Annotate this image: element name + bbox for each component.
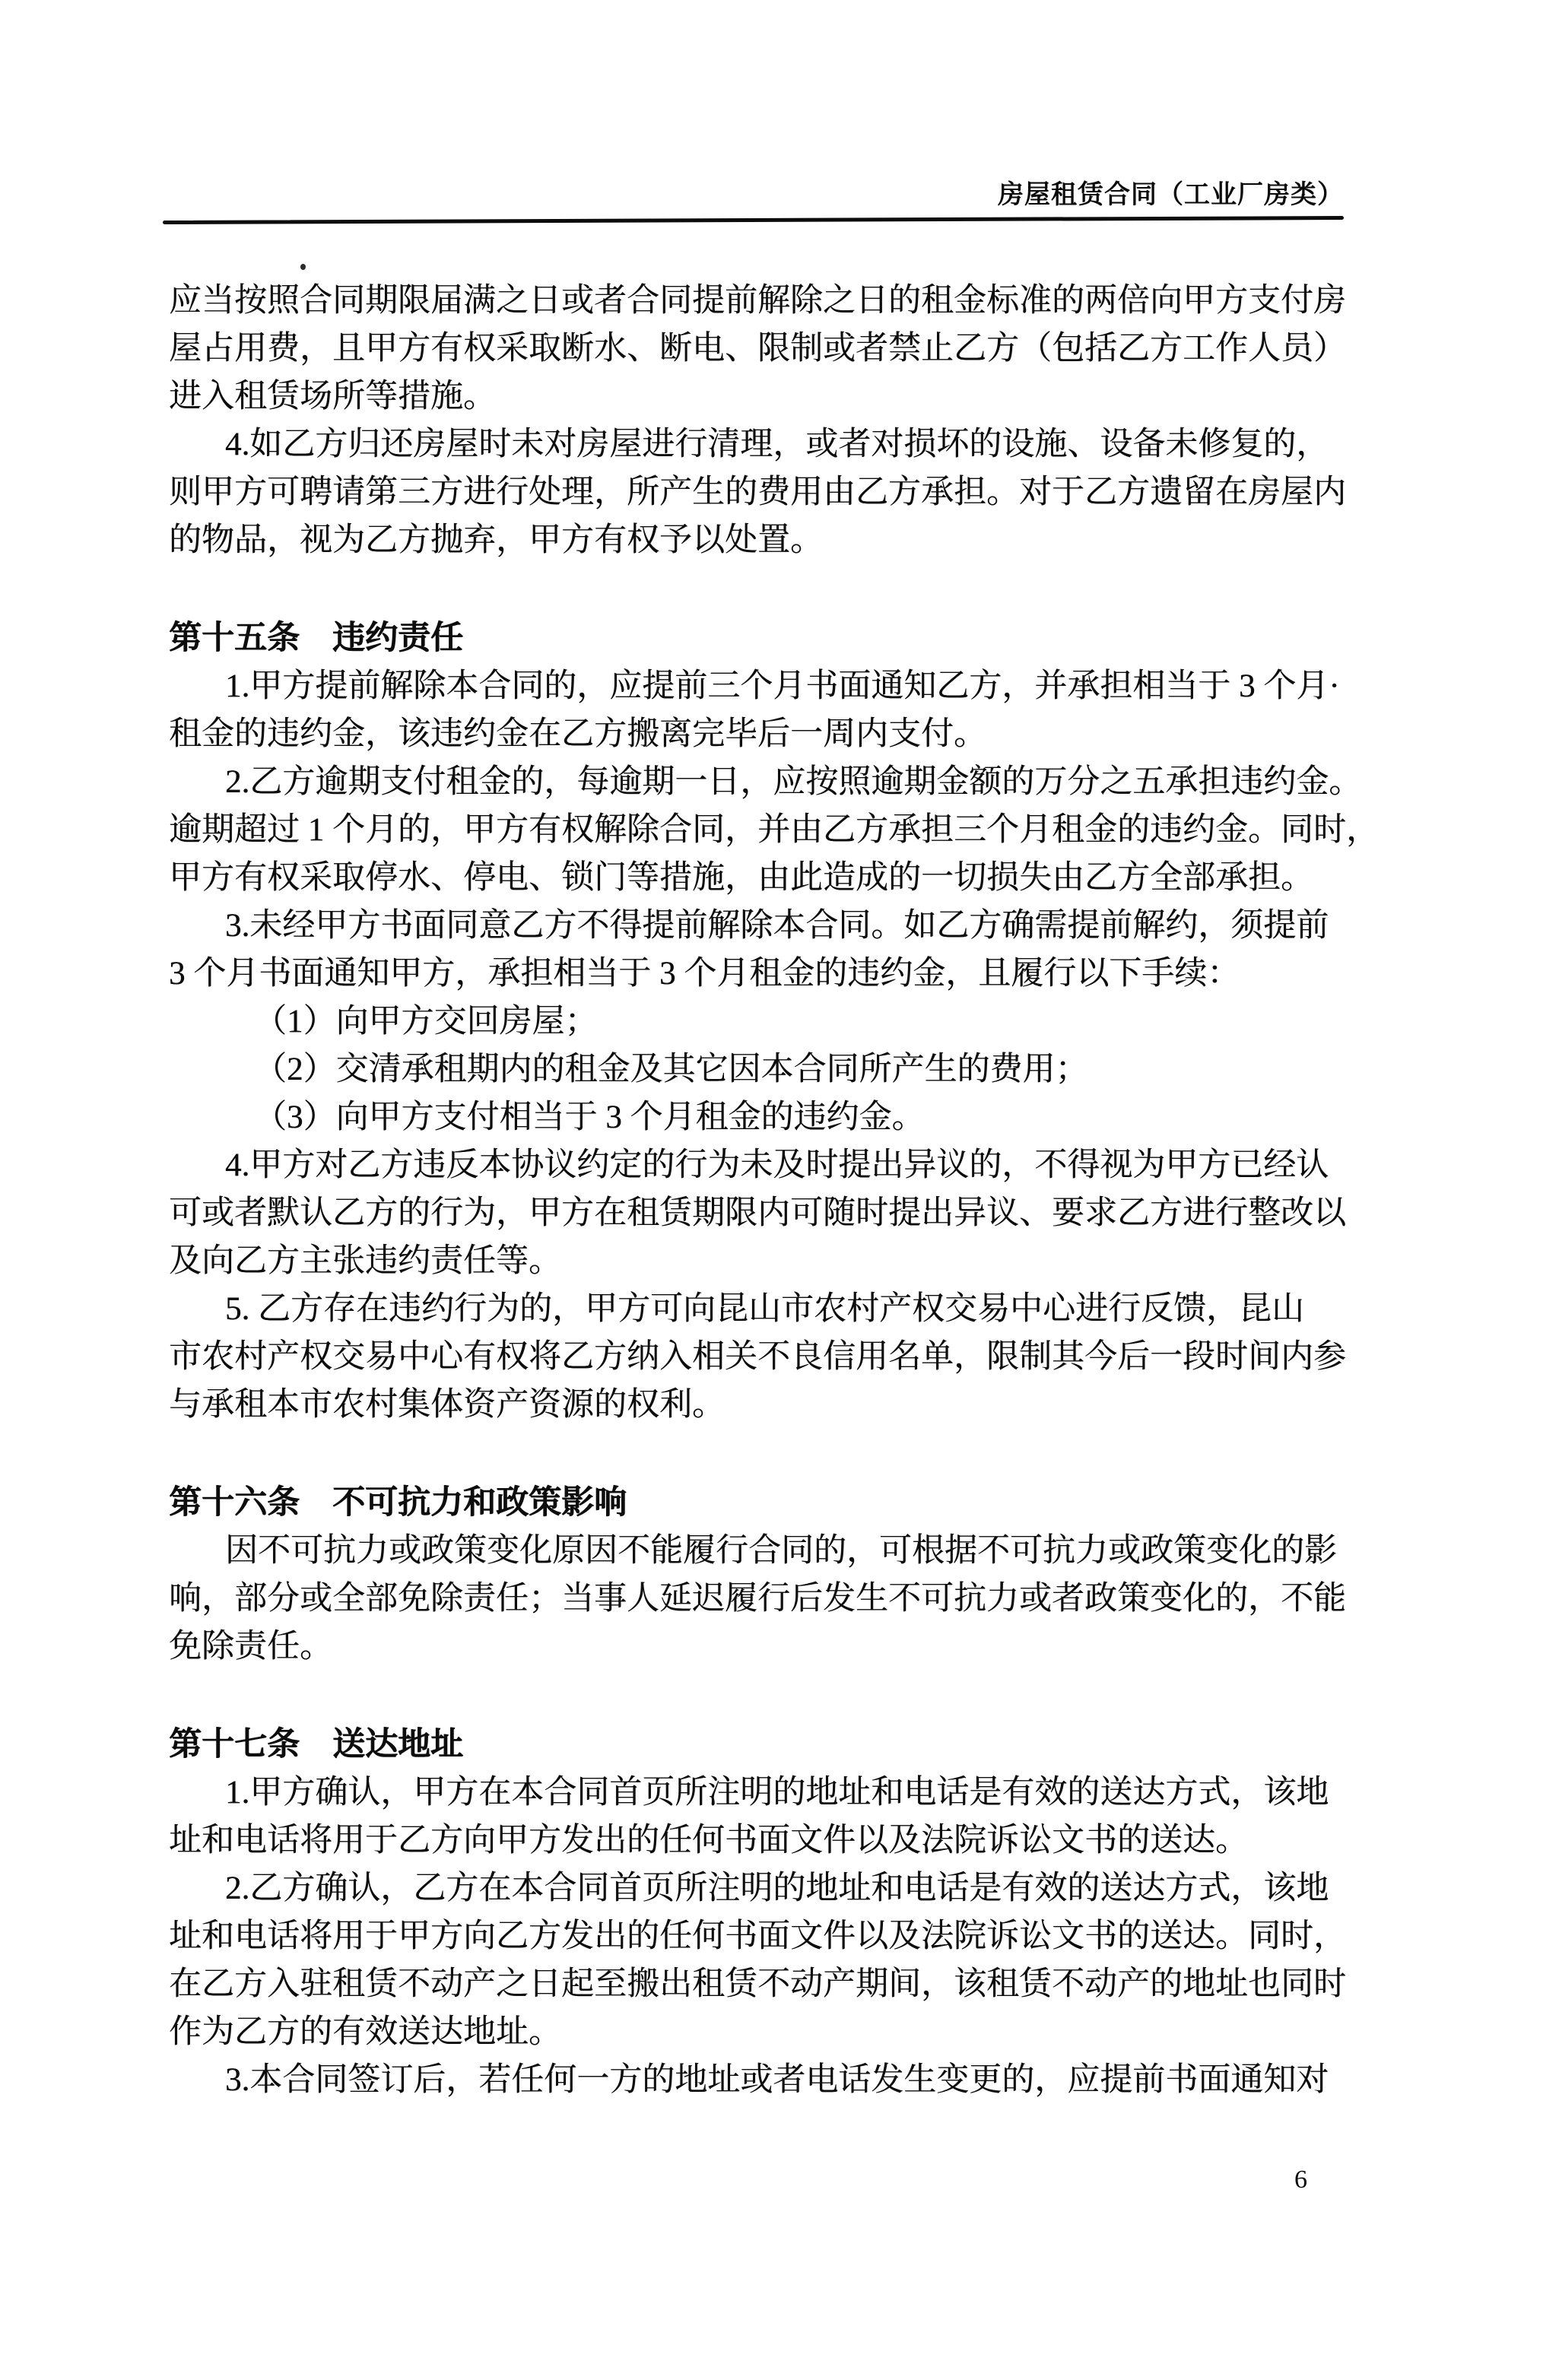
a17-item2-line-4: 作为乙方的有效送达地址。 xyxy=(169,2008,1344,2056)
article15-heading: 第十五条 违约责任 xyxy=(169,614,1344,662)
scan-artifact-dot xyxy=(300,264,306,270)
a17-item2-line-1: 2.乙方确认，乙方在本合同首页所注明的地址和电话是有效的送达方式，该地 xyxy=(169,1864,1344,1912)
a15-item2-line-2: 逾期超过 1 个月的，甲方有权解除合同，并由乙方承担三个月租金的违约金。同时， xyxy=(169,806,1344,854)
a15-item3-line-2: 3 个月书面通知甲方，承担相当于 3 个月租金的违约金，且履行以下手续： xyxy=(169,950,1344,998)
a15-item4-line-1: 4.甲方对乙方违反本协议约定的行为未及时提出异议的，不得视为甲方已经认 xyxy=(169,1141,1344,1189)
a15-item2-line-3: 甲方有权采取停水、停电、锁门等措施，由此造成的一切损失由乙方全部承担。 xyxy=(169,854,1344,902)
article17-heading: 第十七条 送达地址 xyxy=(169,1721,1344,1769)
a17-item3-line-1: 3.本合同签订后，若任何一方的地址或者电话发生变更的，应提前书面通知对 xyxy=(169,2056,1344,2104)
a15-item5-line-2: 市农村产权交易中心有权将乙方纳入相关不良信用名单，限制其今后一段时间内参 xyxy=(169,1333,1344,1381)
a15-item2-line-1: 2.乙方逾期支付租金的，每逾期一日，应按照逾期金额的万分之五承担违约金。 xyxy=(169,758,1344,806)
a15-item4-line-3: 及向乙方主张违约责任等。 xyxy=(169,1237,1344,1285)
a15-item4-line-2: 可或者默认乙方的行为，甲方在租赁期限内可随时提出异议、要求乙方进行整改以 xyxy=(169,1189,1344,1237)
prev-item4-line-2: 则甲方可聘请第三方进行处理，所产生的费用由乙方承担。对于乙方遗留在房屋内 xyxy=(169,468,1344,516)
intro-line-2: 屋占用费，且甲方有权采取断水、断电、限制或者禁止乙方（包括乙方工作人员） xyxy=(169,325,1344,373)
contract-scan-page: 房屋租赁合同（工业厂房类） 应当按照合同期限届满之日或者合同提前解除之日的租金标… xyxy=(0,0,1559,2380)
page-header-title: 房屋租赁合同（工业厂房类） xyxy=(169,173,1344,211)
a16-para-line-1: 因不可抗力或政策变化原因不能履行合同的，可根据不可抗力或政策变化的影 xyxy=(169,1527,1344,1575)
document-body: 应当按照合同期限届满之日或者合同提前解除之日的租金标准的两倍向甲方支付房 屋占用… xyxy=(169,277,1344,2104)
a16-para-line-3: 免除责任。 xyxy=(169,1623,1344,1671)
article16-heading: 第十六条 不可抗力和政策影响 xyxy=(169,1479,1344,1527)
a15-item1-line-1: 1.甲方提前解除本合同的，应提前三个月书面通知乙方，并承担相当于 3 个月· xyxy=(169,662,1344,710)
a17-item1-line-2: 址和电话将用于乙方向甲方发出的任何书面文件以及法院诉讼文书的送达。 xyxy=(169,1817,1344,1864)
a17-item1-line-1: 1.甲方确认，甲方在本合同首页所注明的地址和电话是有效的送达方式，该地 xyxy=(169,1769,1344,1817)
a15-item3-sub-3: （3）向甲方支付相当于 3 个月租金的违约金。 xyxy=(169,1093,1344,1141)
prev-item4-line-3: 的物品，视为乙方抛弃，甲方有权予以处置。 xyxy=(169,516,1344,564)
a15-item5-line-1: 5. 乙方存在违约行为的，甲方可向昆山市农村产权交易中心进行反馈，昆山 xyxy=(169,1285,1344,1333)
page-number: 6 xyxy=(1294,2166,1307,2194)
intro-line-1: 应当按照合同期限届满之日或者合同提前解除之日的租金标准的两倍向甲方支付房 xyxy=(169,277,1344,325)
a15-item3-sub-1: （1）向甲方交回房屋； xyxy=(169,998,1344,1046)
a16-para-line-2: 响，部分或全部免除责任；当事人延迟履行后发生不可抗力或者政策变化的，不能 xyxy=(169,1575,1344,1623)
a15-item3-line-1: 3.未经甲方书面同意乙方不得提前解除本合同。如乙方确需提前解约，须提前 xyxy=(169,902,1344,950)
prev-item4-line-1: 4.如乙方归还房屋时未对房屋进行清理，或者对损坏的设施、设备未修复的， xyxy=(169,420,1344,468)
a15-item3-sub-2: （2）交清承租期内的租金及其它因本合同所产生的费用； xyxy=(169,1046,1344,1093)
a15-item5-line-3: 与承租本市农村集体资产资源的权利。 xyxy=(169,1381,1344,1429)
a17-item2-line-2: 址和电话将用于甲方向乙方发出的任何书面文件以及法院诉讼文书的送达。同时， xyxy=(169,1912,1344,1960)
a17-item2-line-3: 在乙方入驻租赁不动产之日起至搬出租赁不动产期间，该租赁不动产的地址也同时 xyxy=(169,1960,1344,2008)
intro-line-3: 进入租赁场所等措施。 xyxy=(169,373,1344,420)
header-rule-line xyxy=(163,216,1344,224)
a15-item1-line-2: 租金的违约金，该违约金在乙方搬离完毕后一周内支付。 xyxy=(169,710,1344,758)
